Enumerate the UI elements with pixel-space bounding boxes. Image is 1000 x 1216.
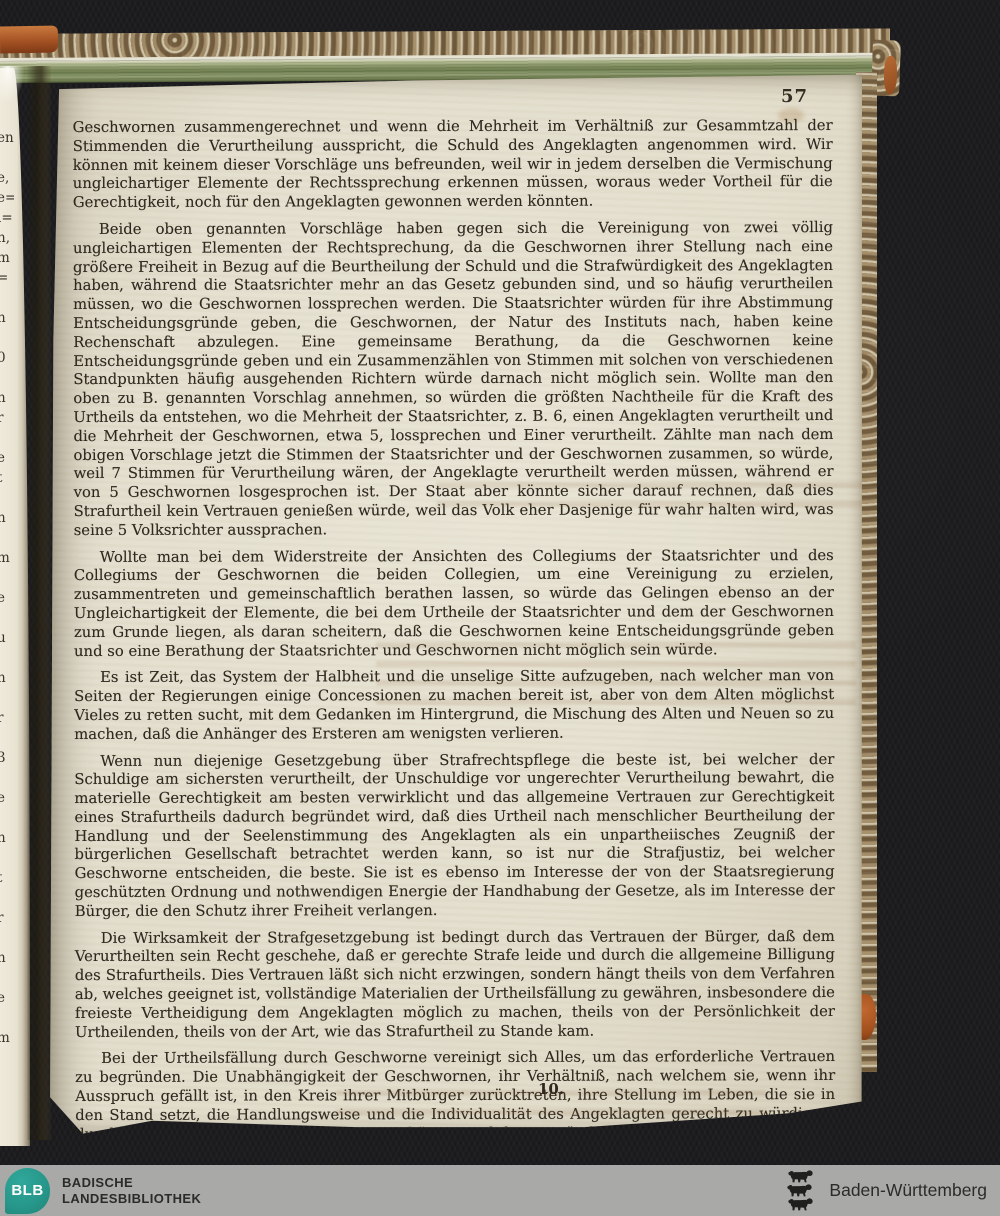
line-fragment: e= [0,188,14,208]
state-name: Baden-Württemberg [829,1180,987,1201]
baden-wuerttemberg-coat-of-arms-icon [786,1170,816,1212]
line-fragment: t [0,468,14,488]
line-fragment: m [0,548,14,568]
paragraph: Beide oben genannten Vorschläge haben ge… [73,219,834,541]
line-fragment: = [0,268,14,288]
line-fragment: e [0,788,14,808]
line-fragment: 0 [0,348,14,368]
line-fragment [0,328,14,348]
paragraph: Es ist Zeit, das System der Halbheit und… [74,667,834,744]
paragraph: Wollte man bei dem Widerstreite der Ansi… [74,547,834,662]
line-fragment: e [0,588,14,608]
state-branding: Baden-Württemberg [786,1170,987,1212]
line-fragment: n [0,508,14,528]
line-fragment: 3 [0,748,14,768]
line-fragment [0,728,14,748]
line-fragment: e, [0,168,14,188]
line-fragment [0,648,14,668]
page-number: 57 [781,86,808,107]
line-fragment: m [0,248,14,268]
line-fragment: n [0,308,14,328]
book-gutter-shadow [27,66,51,1140]
line-fragment [0,608,14,628]
line-fragment [0,1008,14,1028]
line-fragment [0,808,14,828]
line-fragment: i= [0,208,14,228]
line-fragment: n [0,388,14,408]
line-fragment [0,288,14,308]
library-name-line1: BADISCHE [62,1175,201,1191]
line-fragment: t [0,868,14,888]
line-fragment: m [0,1028,14,1048]
leather-corner-patch [884,56,897,94]
line-fragment [0,148,14,168]
line-fragment [0,428,14,448]
spine-headcap [0,25,58,53]
line-fragment: r [0,708,14,728]
line-fragment [0,888,14,908]
line-fragment [0,848,14,868]
paragraph: Die Wirksamkeit der Strafgesetzgebung is… [75,928,835,1043]
signature-mark: 10. [538,1080,564,1098]
book-page: 57 Geschwornen zusammengerechnet und wen… [46,72,862,1140]
book-top-edges [0,25,890,82]
line-fragment: e [0,988,14,1008]
paragraph: Wenn nun diejenige Gesetzgebung über Str… [74,751,834,922]
line-fragment [0,928,14,948]
line-fragment: n [0,668,14,688]
blb-logo: BLB [5,1168,50,1214]
line-fragment: u [0,628,14,648]
line-fragment: r [0,908,14,928]
library-footer: BLB BADISCHE LANDESBIBLIOTHEK Baden-Würt… [0,1165,1000,1216]
line-fragment: en [0,128,14,148]
line-fragment [0,1048,14,1068]
line-fragment: n [0,828,14,848]
line-fragment [0,488,14,508]
line-fragment [0,688,14,708]
line-fragment [0,368,14,388]
library-name: BADISCHE LANDESBIBLIOTHEK [62,1175,201,1206]
book-scan: ene,e=i=n,m=n0nretnmeunr3entrnem 57 Gesc… [0,0,1000,1216]
line-fragment [0,768,14,788]
library-name-line2: LANDESBIBLIOTHEK [62,1191,201,1207]
line-fragment [0,528,14,548]
library-branding: BLB BADISCHE LANDESBIBLIOTHEK [5,1168,201,1214]
line-fragment: r [0,408,14,428]
paragraph: Geschwornen zusammengerechnet und wenn d… [73,117,833,213]
blb-logo-text: BLB [11,1182,43,1199]
line-fragment: n [0,948,14,968]
line-fragment: e [0,448,14,468]
facing-page-line-fragments: ene,e=i=n,m=n0nretnmeunr3entrnem [0,128,14,1068]
line-fragment: n, [0,228,14,248]
text-block: Geschwornen zusammengerechnet und wenn d… [73,117,836,1171]
line-fragment [0,568,14,588]
line-fragment [0,968,14,988]
